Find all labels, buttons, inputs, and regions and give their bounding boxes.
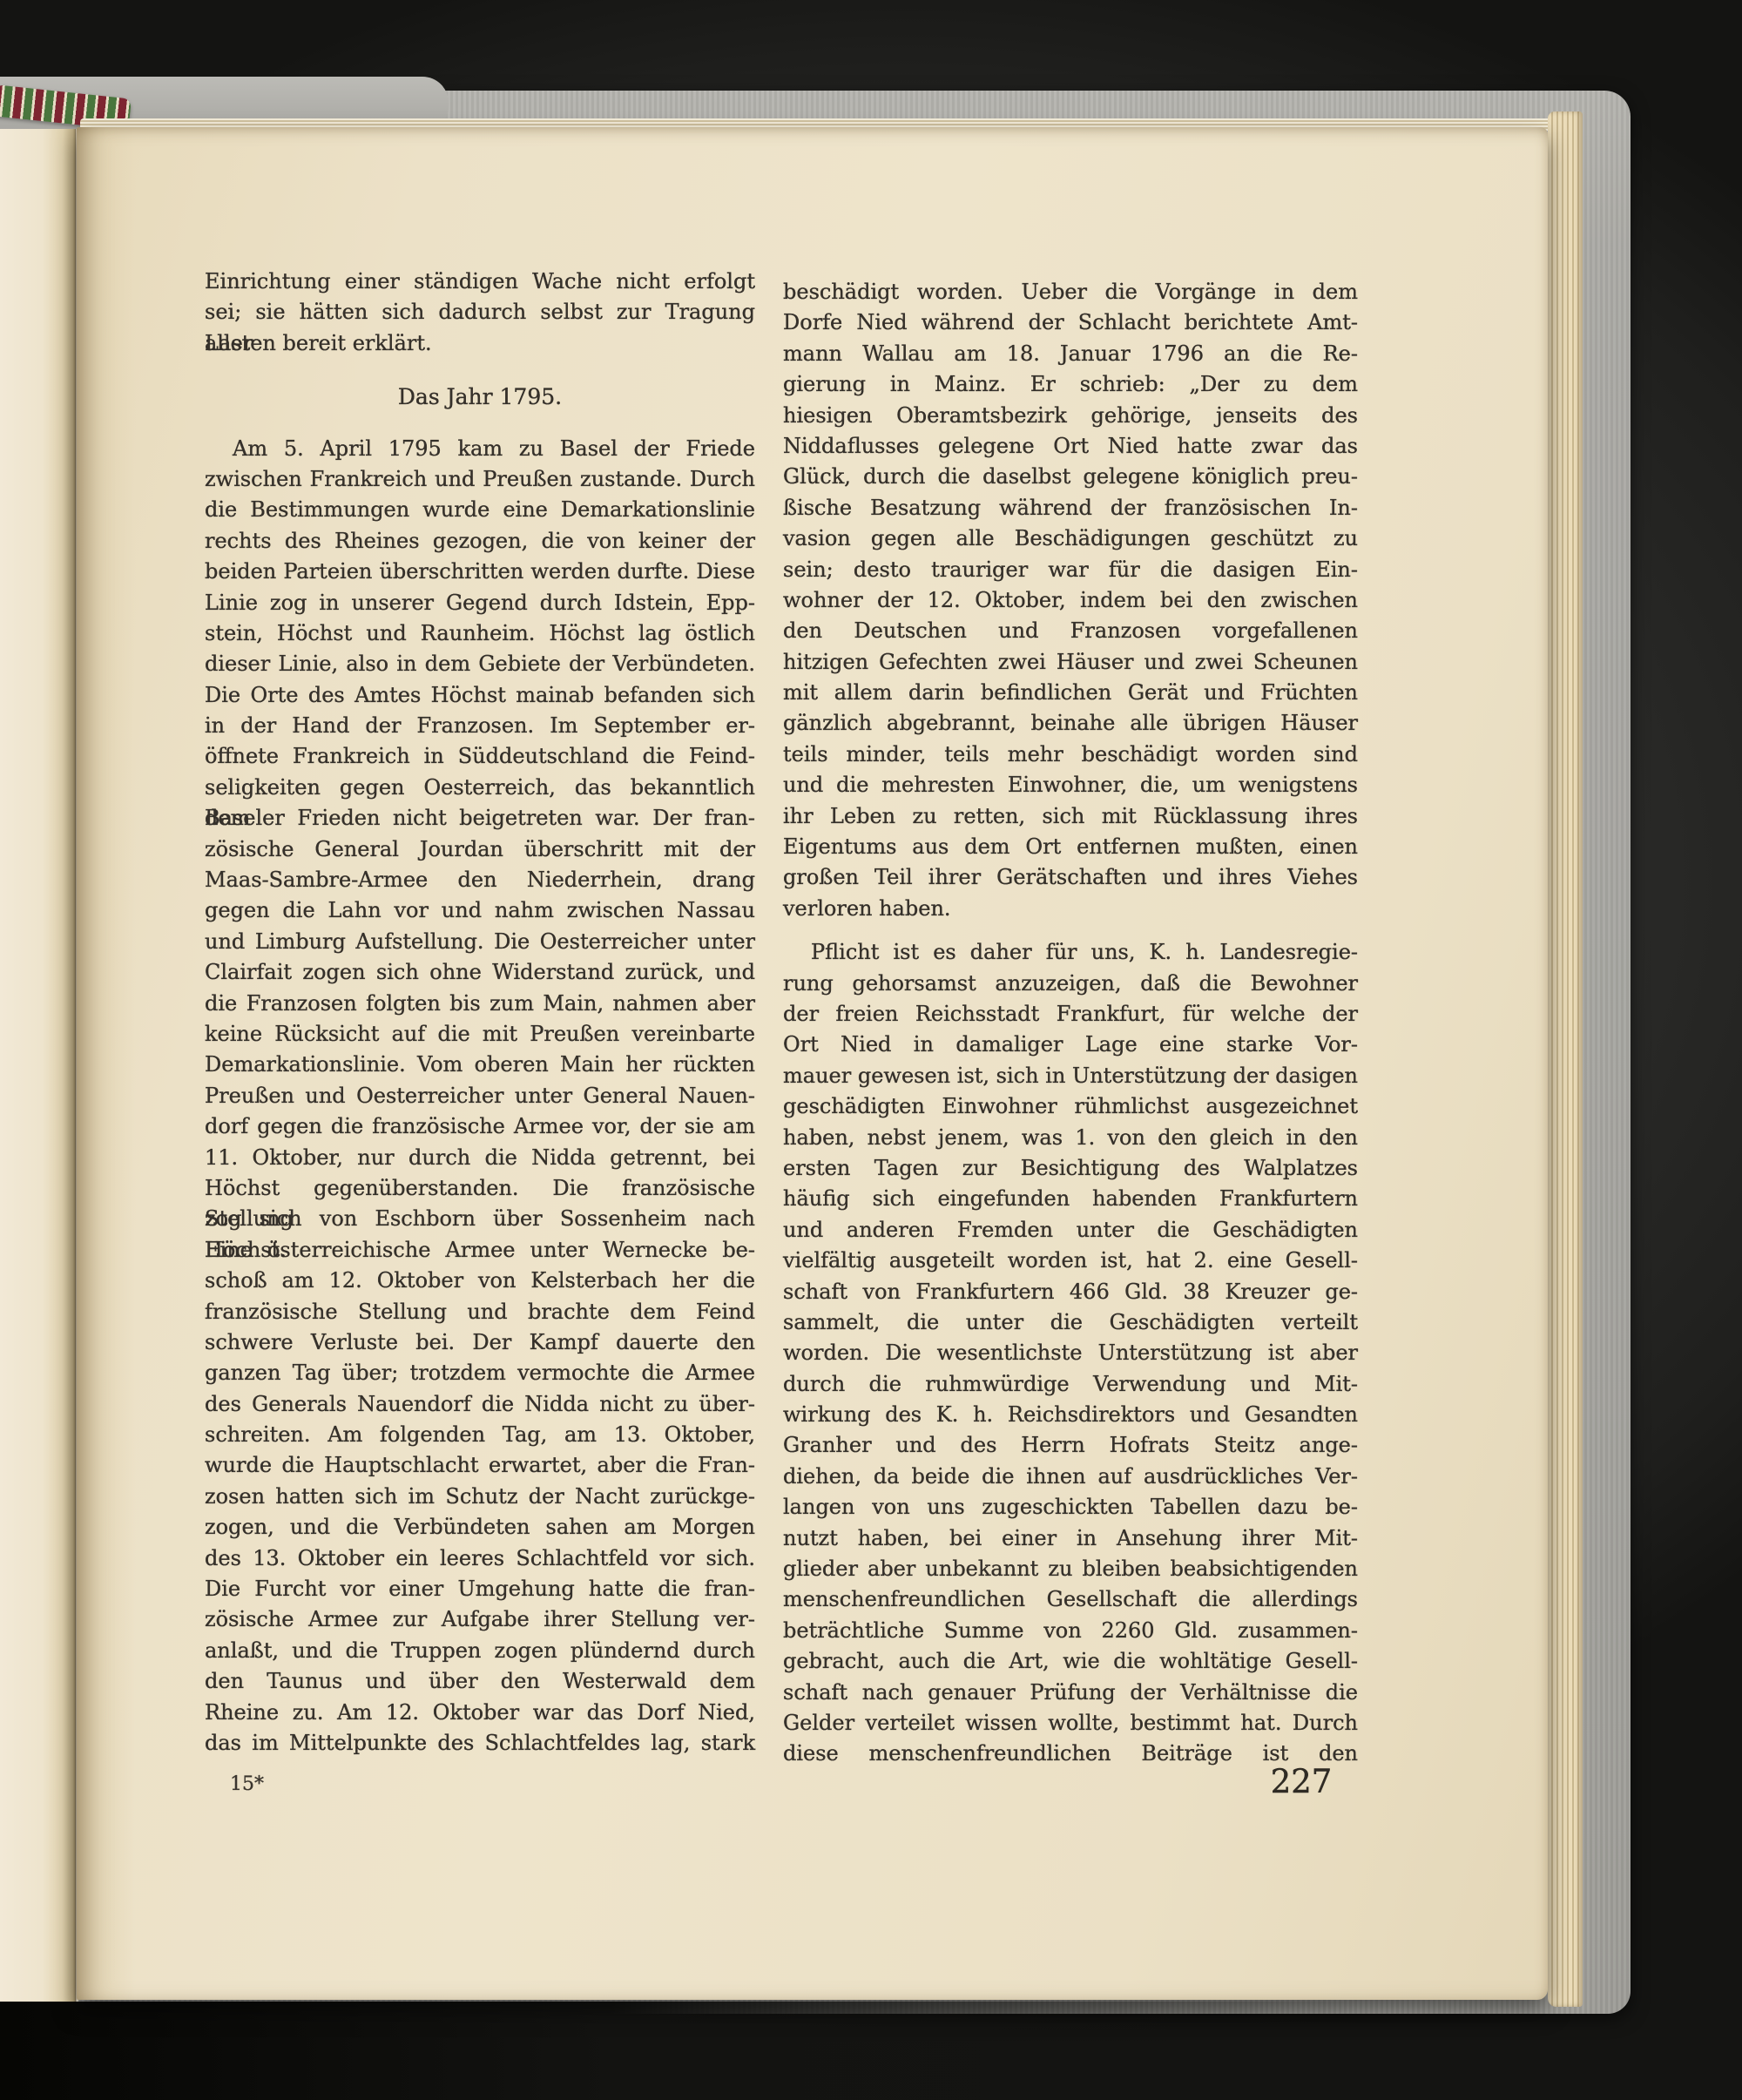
text-line: vasion gegen alle Beschädigungen geschüt… [783, 523, 1358, 554]
text-line: Höchst gegenüberstanden. Die französisch… [205, 1173, 755, 1204]
text-line: diehen, da beide die ihnen auf ausdrückl… [783, 1462, 1358, 1492]
text-line: gebracht, auch die Art, wie die wohltäti… [783, 1646, 1358, 1677]
text-line: Die Orte des Amtes Höchst mainab befande… [205, 680, 755, 711]
text-line: Maas-Sambre-Armee den Niederrhein, drang [205, 865, 755, 895]
text-line: sein; desto trauriger war für die dasige… [783, 555, 1358, 585]
text-line: häufig sich eingefunden habenden Frankfu… [783, 1184, 1358, 1214]
text-line: sei; sie hätten sich dadurch selbst zur … [205, 297, 755, 327]
text-line: Die Furcht vor einer Umgehung hatte die … [205, 1574, 755, 1604]
text-line: verloren haben. [783, 894, 1358, 924]
text-line: 11. Oktober, nur durch die Nidda getrenn… [205, 1143, 755, 1173]
text-line: rung gehorsamst anzuzeigen, daß die Bewo… [783, 969, 1358, 999]
signature-mark: 15* [230, 1773, 264, 1795]
text-line: ihr Leben zu retten, sich mit Rücklassun… [783, 801, 1358, 832]
text-line: schaft von Frankfurtern 466 Gld. 38 Kreu… [783, 1277, 1358, 1307]
text-line: durch die ruhmwürdige Verwendung und Mit… [783, 1369, 1358, 1400]
text-line: Glück, durch die daselbst gelegene könig… [783, 462, 1358, 492]
text-line: und anderen Fremden unter die Geschädigt… [783, 1215, 1358, 1246]
text-line: worden. Die wesentlichste Unterstützung … [783, 1338, 1358, 1368]
text-line: seligkeiten gegen Oesterreich, das bekan… [205, 773, 755, 803]
text-line: und Limburg Aufstellung. Die Oesterreich… [205, 927, 755, 957]
text-line: Niddaflusses gelegene Ort Nied hatte zwa… [783, 431, 1358, 462]
text-line: wirkung des K. h. Reichsdirektors und Ge… [783, 1400, 1358, 1430]
text-line: des 13. Oktober ein leeres Schlachtfeld … [205, 1543, 755, 1574]
text-line: des Generals Nauendorf die Nidda nicht z… [205, 1389, 755, 1420]
page-edge-stack-right [1548, 111, 1583, 2007]
text-line: die Franzosen folgten bis zum Main, nahm… [205, 989, 755, 1019]
text-line: langen von uns zugeschickten Tabellen da… [783, 1492, 1358, 1523]
text-line: Granher und des Herrn Hofrats Steitz ang… [783, 1430, 1358, 1461]
text-line: zosen hatten sich im Schutz der Nacht zu… [205, 1482, 755, 1512]
text-line: beiden Parteien überschritten werden dur… [205, 557, 755, 587]
text-line: dorf gegen die französische Armee vor, d… [205, 1111, 755, 1142]
book-shadow [0, 2002, 1359, 2100]
text-line: ßische Besatzung während der französisch… [783, 493, 1358, 523]
text-line: öffnete Frankreich in Süddeutschland die… [205, 741, 755, 772]
text-line: hitzigen Gefechten zwei Häuser und zwei … [783, 647, 1358, 678]
text-line: Eine österreichische Armee unter Werneck… [205, 1235, 755, 1266]
text-column-left: Einrichtung einer ständigen Wache nicht … [205, 267, 755, 1759]
paragraph: beschädigt worden. Ueber die Vorgänge in… [783, 277, 1358, 924]
paragraph: Einrichtung einer ständigen Wache nicht … [205, 267, 755, 359]
text-line: beträchtliche Summe von 2260 Gld. zusamm… [783, 1616, 1358, 1646]
text-line: beschädigt worden. Ueber die Vorgänge in… [783, 277, 1358, 307]
text-line: rechts des Rheines gezogen, die von kein… [205, 526, 755, 557]
text-line: Lasten bereit erklärt. [205, 328, 755, 359]
text-column-right: beschädigt worden. Ueber die Vorgänge in… [783, 277, 1358, 1770]
text-line: teils minder, teils mehr beschädigt word… [783, 739, 1358, 770]
text-line: schaft nach genauer Prüfung der Verhältn… [783, 1678, 1358, 1708]
text-line: menschenfreundlichen Gesellschaft die al… [783, 1584, 1358, 1615]
text-line: Linie zog in unserer Gegend durch Idstei… [205, 588, 755, 618]
text-line: wohner der 12. Oktober, indem bei den zw… [783, 585, 1358, 616]
text-line: der freien Reichsstadt Frankfurt, für we… [783, 999, 1358, 1030]
text-line: in der Hand der Franzosen. Im September … [205, 711, 755, 741]
text-line: sammelt, die unter die Geschädigten vert… [783, 1307, 1358, 1338]
text-line: Ort Nied in damaliger Lage eine starke V… [783, 1030, 1358, 1060]
text-line: gierung in Mainz. Er schrieb: „Der zu de… [783, 369, 1358, 400]
text-line: hiesigen Oberamtsbezirk gehörige, jensei… [783, 401, 1358, 431]
text-line: gegen die Lahn vor und nahm zwischen Nas… [205, 895, 755, 926]
section-heading: Das Jahr 1795. [205, 382, 755, 412]
text-line: nutzt haben, bei einer in Ansehung ihrer… [783, 1523, 1358, 1554]
text-line: mann Wallau am 18. Januar 1796 an die Re… [783, 339, 1358, 369]
text-line: Baseler Frieden nicht beigetreten war. D… [205, 803, 755, 834]
text-line: ganzen Tag über; trotzdem vermochte die … [205, 1358, 755, 1388]
text-line: Clairfait zogen sich ohne Widerstand zur… [205, 957, 755, 988]
text-line: Eigentums aus dem Ort entfernen mußten, … [783, 832, 1358, 862]
text-line: die Bestimmungen wurde eine Demarkations… [205, 495, 755, 525]
text-line: mit allem darin befindlichen Gerät und F… [783, 678, 1358, 708]
text-line: zösische Armee zur Aufgabe ihrer Stellun… [205, 1604, 755, 1635]
text-line: dieser Linie, also in dem Gebiete der Ve… [205, 649, 755, 679]
text-line: vielfältig ausgeteilt worden ist, hat 2.… [783, 1246, 1358, 1276]
text-line: Dorfe Nied während der Schlacht berichte… [783, 307, 1358, 338]
text-line: Demarkationslinie. Vom oberen Main her r… [205, 1050, 755, 1080]
text-line: schoß am 12. Oktober von Kelsterbach her… [205, 1266, 755, 1296]
text-line: keine Rücksicht auf die mit Preußen vere… [205, 1019, 755, 1050]
text-line: und die mehresten Einwohner, die, um wen… [783, 770, 1358, 800]
text-line: gänzlich abgebrannt, beinahe alle übrige… [783, 708, 1358, 739]
text-line: den Taunus und über den Westerwald dem [205, 1666, 755, 1697]
text-line: ersten Tagen zur Besichtigung des Walpla… [783, 1153, 1358, 1184]
page-number: 227 [1258, 1763, 1345, 1800]
paragraph: Am 5. April 1795 kam zu Basel der Friede… [205, 434, 755, 1759]
text-line: französische Stellung und brachte dem Fe… [205, 1297, 755, 1327]
text-line: Pflicht ist es daher für uns, K. h. Land… [783, 937, 1358, 968]
book-scan-scene: { "book_page": { "page_number": "227", "… [0, 0, 1742, 2100]
book-page: Einrichtung einer ständigen Wache nicht … [77, 127, 1548, 2000]
text-line: schwere Verluste bei. Der Kampf dauerte … [205, 1327, 755, 1358]
text-line: mauer gewesen ist, sich in Unterstützung… [783, 1061, 1358, 1091]
facing-page-sliver [0, 129, 77, 2002]
text-line: stein, Höchst und Raunheim. Höchst lag ö… [205, 618, 755, 649]
text-line: Gelder verteilet wissen wollte, bestimmt… [783, 1708, 1358, 1739]
text-line: geschädigten Einwohner rühmlichst ausgez… [783, 1091, 1358, 1122]
text-line: zösische General Jourdan überschritt mit… [205, 834, 755, 865]
text-line: das im Mittelpunkte des Schlachtfeldes l… [205, 1728, 755, 1759]
text-line: zogen, und die Verbündeten sahen am Morg… [205, 1512, 755, 1543]
text-line: zog sich von Eschborn über Sossenheim na… [205, 1204, 755, 1234]
text-line: großen Teil ihrer Gerätschaften und ihre… [783, 862, 1358, 893]
text-line: schreiten. Am folgenden Tag, am 13. Okto… [205, 1420, 755, 1450]
text-line: wurde die Hauptschlacht erwartet, aber d… [205, 1450, 755, 1481]
text-line: den Deutschen und Franzosen vorgefallene… [783, 616, 1358, 646]
text-line: Preußen und Oesterreicher unter General … [205, 1081, 755, 1111]
text-line: Am 5. April 1795 kam zu Basel der Friede [205, 434, 755, 464]
text-line: anlaßt, und die Truppen zogen plündernd … [205, 1636, 755, 1666]
paragraph: Pflicht ist es daher für uns, K. h. Land… [783, 937, 1358, 1770]
text-line: Einrichtung einer ständigen Wache nicht … [205, 267, 755, 297]
text-line: haben, nebst jenem, was 1. von den gleic… [783, 1123, 1358, 1153]
text-line: glieder aber unbekannt zu bleiben beabsi… [783, 1554, 1358, 1584]
text-line: Rheine zu. Am 12. Oktober war das Dorf N… [205, 1698, 755, 1728]
text-line: zwischen Frankreich und Preußen zustande… [205, 464, 755, 495]
